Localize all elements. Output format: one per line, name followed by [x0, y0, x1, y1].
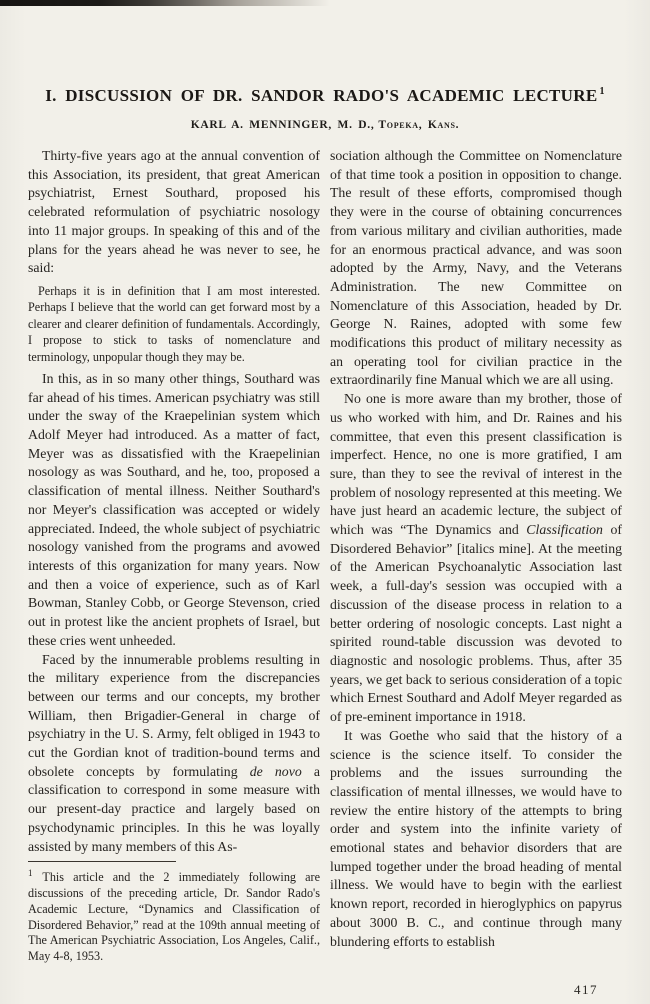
- author-line: KARL A. MENNINGER, M. D.,Topeka, Kans.: [0, 119, 650, 131]
- footnote-text: 1 This article and the 2 immediately fol…: [28, 866, 320, 965]
- author-name: KARL A. MENNINGER, M. D.,: [191, 119, 375, 131]
- journal-page: I. DISCUSSION OF DR. SANDOR RADO'S ACADE…: [0, 0, 650, 1004]
- paragraph-part: of Disordered Behavior” [italics mine]. …: [330, 522, 622, 724]
- scan-artifact-top-edge: [0, 0, 330, 6]
- paragraph-intro: Thirty-five years ago at the annual conv…: [28, 147, 320, 278]
- block-quote-southard: Perhaps it is in definition that I am mo…: [28, 283, 320, 365]
- title-footnote-mark: 1: [599, 86, 604, 97]
- paragraph-continuation-nomenclature: sociation although the Committee on Nome…: [330, 147, 622, 390]
- paragraph-goethe-history: It was Goethe who said that the history …: [330, 727, 622, 951]
- footnote-body: This article and the 2 immediately follo…: [28, 870, 320, 963]
- footnote-mark: 1: [28, 868, 33, 878]
- paragraph-part: Faced by the innumerable problems result…: [28, 652, 320, 779]
- right-column: sociation although the Committee on Nome…: [330, 147, 622, 965]
- footnote: 1 This article and the 2 immediately fol…: [28, 861, 320, 965]
- paragraph-military-classification: Faced by the innumerable problems result…: [28, 651, 320, 857]
- paragraph-southard-ahead: In this, as in so many other things, Sou…: [28, 370, 320, 651]
- footnote-rule: [28, 861, 176, 862]
- italic-phrase-classification: Classification: [526, 522, 603, 537]
- two-column-body: Thirty-five years ago at the annual conv…: [28, 147, 622, 965]
- author-location: Topeka, Kans.: [378, 119, 459, 131]
- page-number: 417: [574, 982, 598, 998]
- left-column: Thirty-five years ago at the annual conv…: [28, 147, 320, 965]
- paragraph-part: No one is more aware than my brother, th…: [330, 391, 622, 537]
- paragraph-revival-of-interest: No one is more aware than my brother, th…: [330, 390, 622, 727]
- article-title: I. DISCUSSION OF DR. SANDOR RADO'S ACADE…: [26, 86, 624, 106]
- article-title-text: I. DISCUSSION OF DR. SANDOR RADO'S ACADE…: [45, 86, 597, 105]
- italic-phrase-de-novo: de novo: [250, 764, 302, 779]
